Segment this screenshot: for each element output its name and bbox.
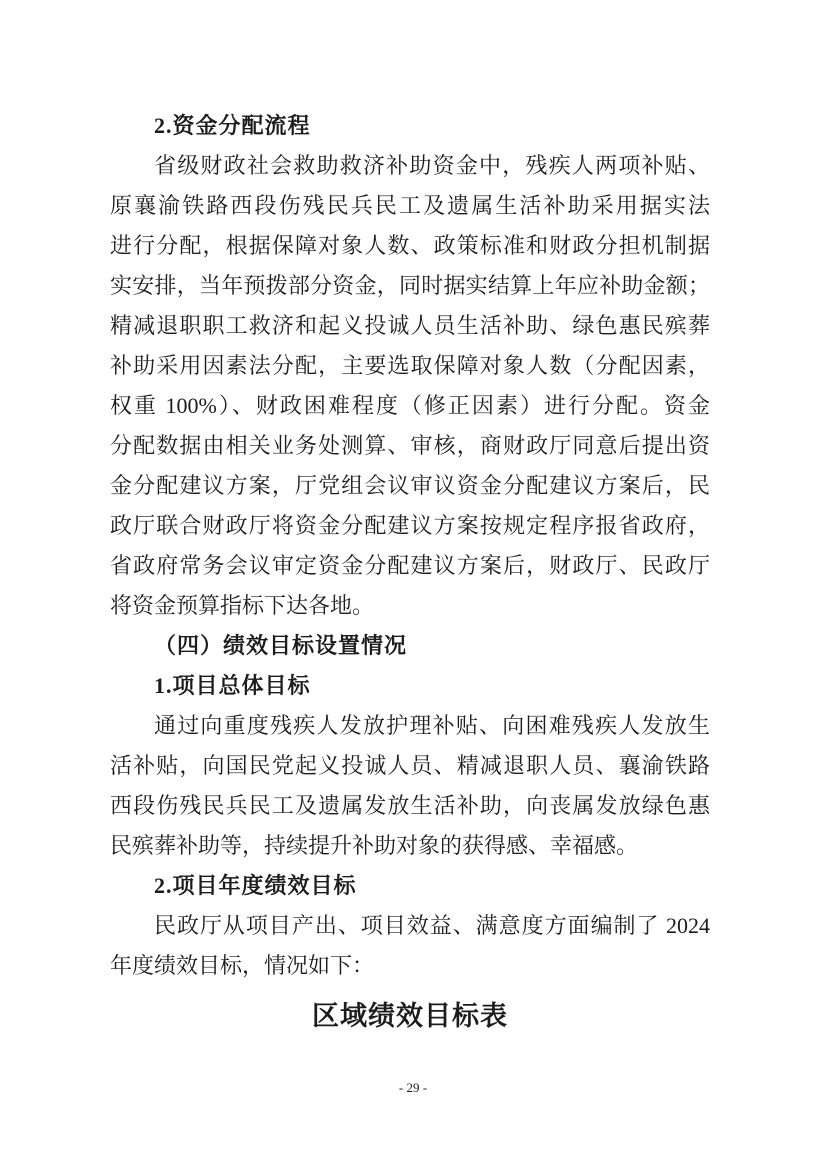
paragraph-line: 精减退职职工救济和起义投诚人员生活补助、绿色惠民殡葬 — [110, 306, 710, 346]
table-title: 区域绩效目标表 — [110, 992, 710, 1040]
paragraph-line: 政厅联合财政厅将资金分配建议方案按规定程序报省政府， — [110, 506, 710, 546]
heading-project-annual-performance-goal: 2.项目年度绩效目标 — [110, 866, 710, 906]
paragraph-line: 民政厅从项目产出、项目效益、满意度方面编制了 2024 — [110, 906, 710, 946]
paragraph-line: 权重 100%）、财政困难程度（修正因素）进行分配。资金 — [110, 386, 710, 426]
paragraph-line: 金分配建议方案，厅党组会议审议资金分配建议方案后，民 — [110, 466, 710, 506]
paragraph-line: 通过向重度残疾人发放护理补贴、向困难残疾人发放生 — [110, 706, 710, 746]
heading-project-overall-goal: 1.项目总体目标 — [110, 666, 710, 706]
paragraph-line: 将资金预算指标下达各地。 — [110, 586, 710, 626]
heading-fund-allocation-process: 2.资金分配流程 — [110, 106, 710, 146]
page-body: 2.资金分配流程 省级财政社会救助救济补助资金中，残疾人两项补贴、 原襄渝铁路西… — [110, 106, 710, 1040]
paragraph-line: 补助采用因素法分配，主要选取保障对象人数（分配因素， — [110, 346, 710, 386]
paragraph-line: 年度绩效目标，情况如下： — [110, 946, 710, 986]
paragraph-line: 省级财政社会救助救济补助资金中，残疾人两项补贴、 — [110, 146, 710, 186]
paragraph-line: 实安排，当年预拨部分资金，同时据实结算上年应补助金额； — [110, 266, 710, 306]
document-page: 2.资金分配流程 省级财政社会救助救济补助资金中，残疾人两项补贴、 原襄渝铁路西… — [0, 0, 826, 1169]
paragraph-line: 活补贴，向国民党起义投诚人员、精减退职人员、襄渝铁路 — [110, 746, 710, 786]
paragraph-line: 省政府常务会议审定资金分配建议方案后，财政厅、民政厅 — [110, 546, 710, 586]
paragraph-line: 分配数据由相关业务处测算、审核，商财政厅同意后提出资 — [110, 426, 710, 466]
page-number: - 29 - — [0, 1078, 826, 1098]
heading-performance-goal-setting: （四）绩效目标设置情况 — [110, 626, 710, 666]
paragraph-line: 民殡葬补助等，持续提升补助对象的获得感、幸福感。 — [110, 826, 710, 866]
paragraph-line: 原襄渝铁路西段伤残民兵民工及遗属生活补助采用据实法 — [110, 186, 710, 226]
paragraph-line: 进行分配，根据保障对象人数、政策标准和财政分担机制据 — [110, 226, 710, 266]
paragraph-line: 西段伤残民兵民工及遗属发放生活补助，向丧属发放绿色惠 — [110, 786, 710, 826]
